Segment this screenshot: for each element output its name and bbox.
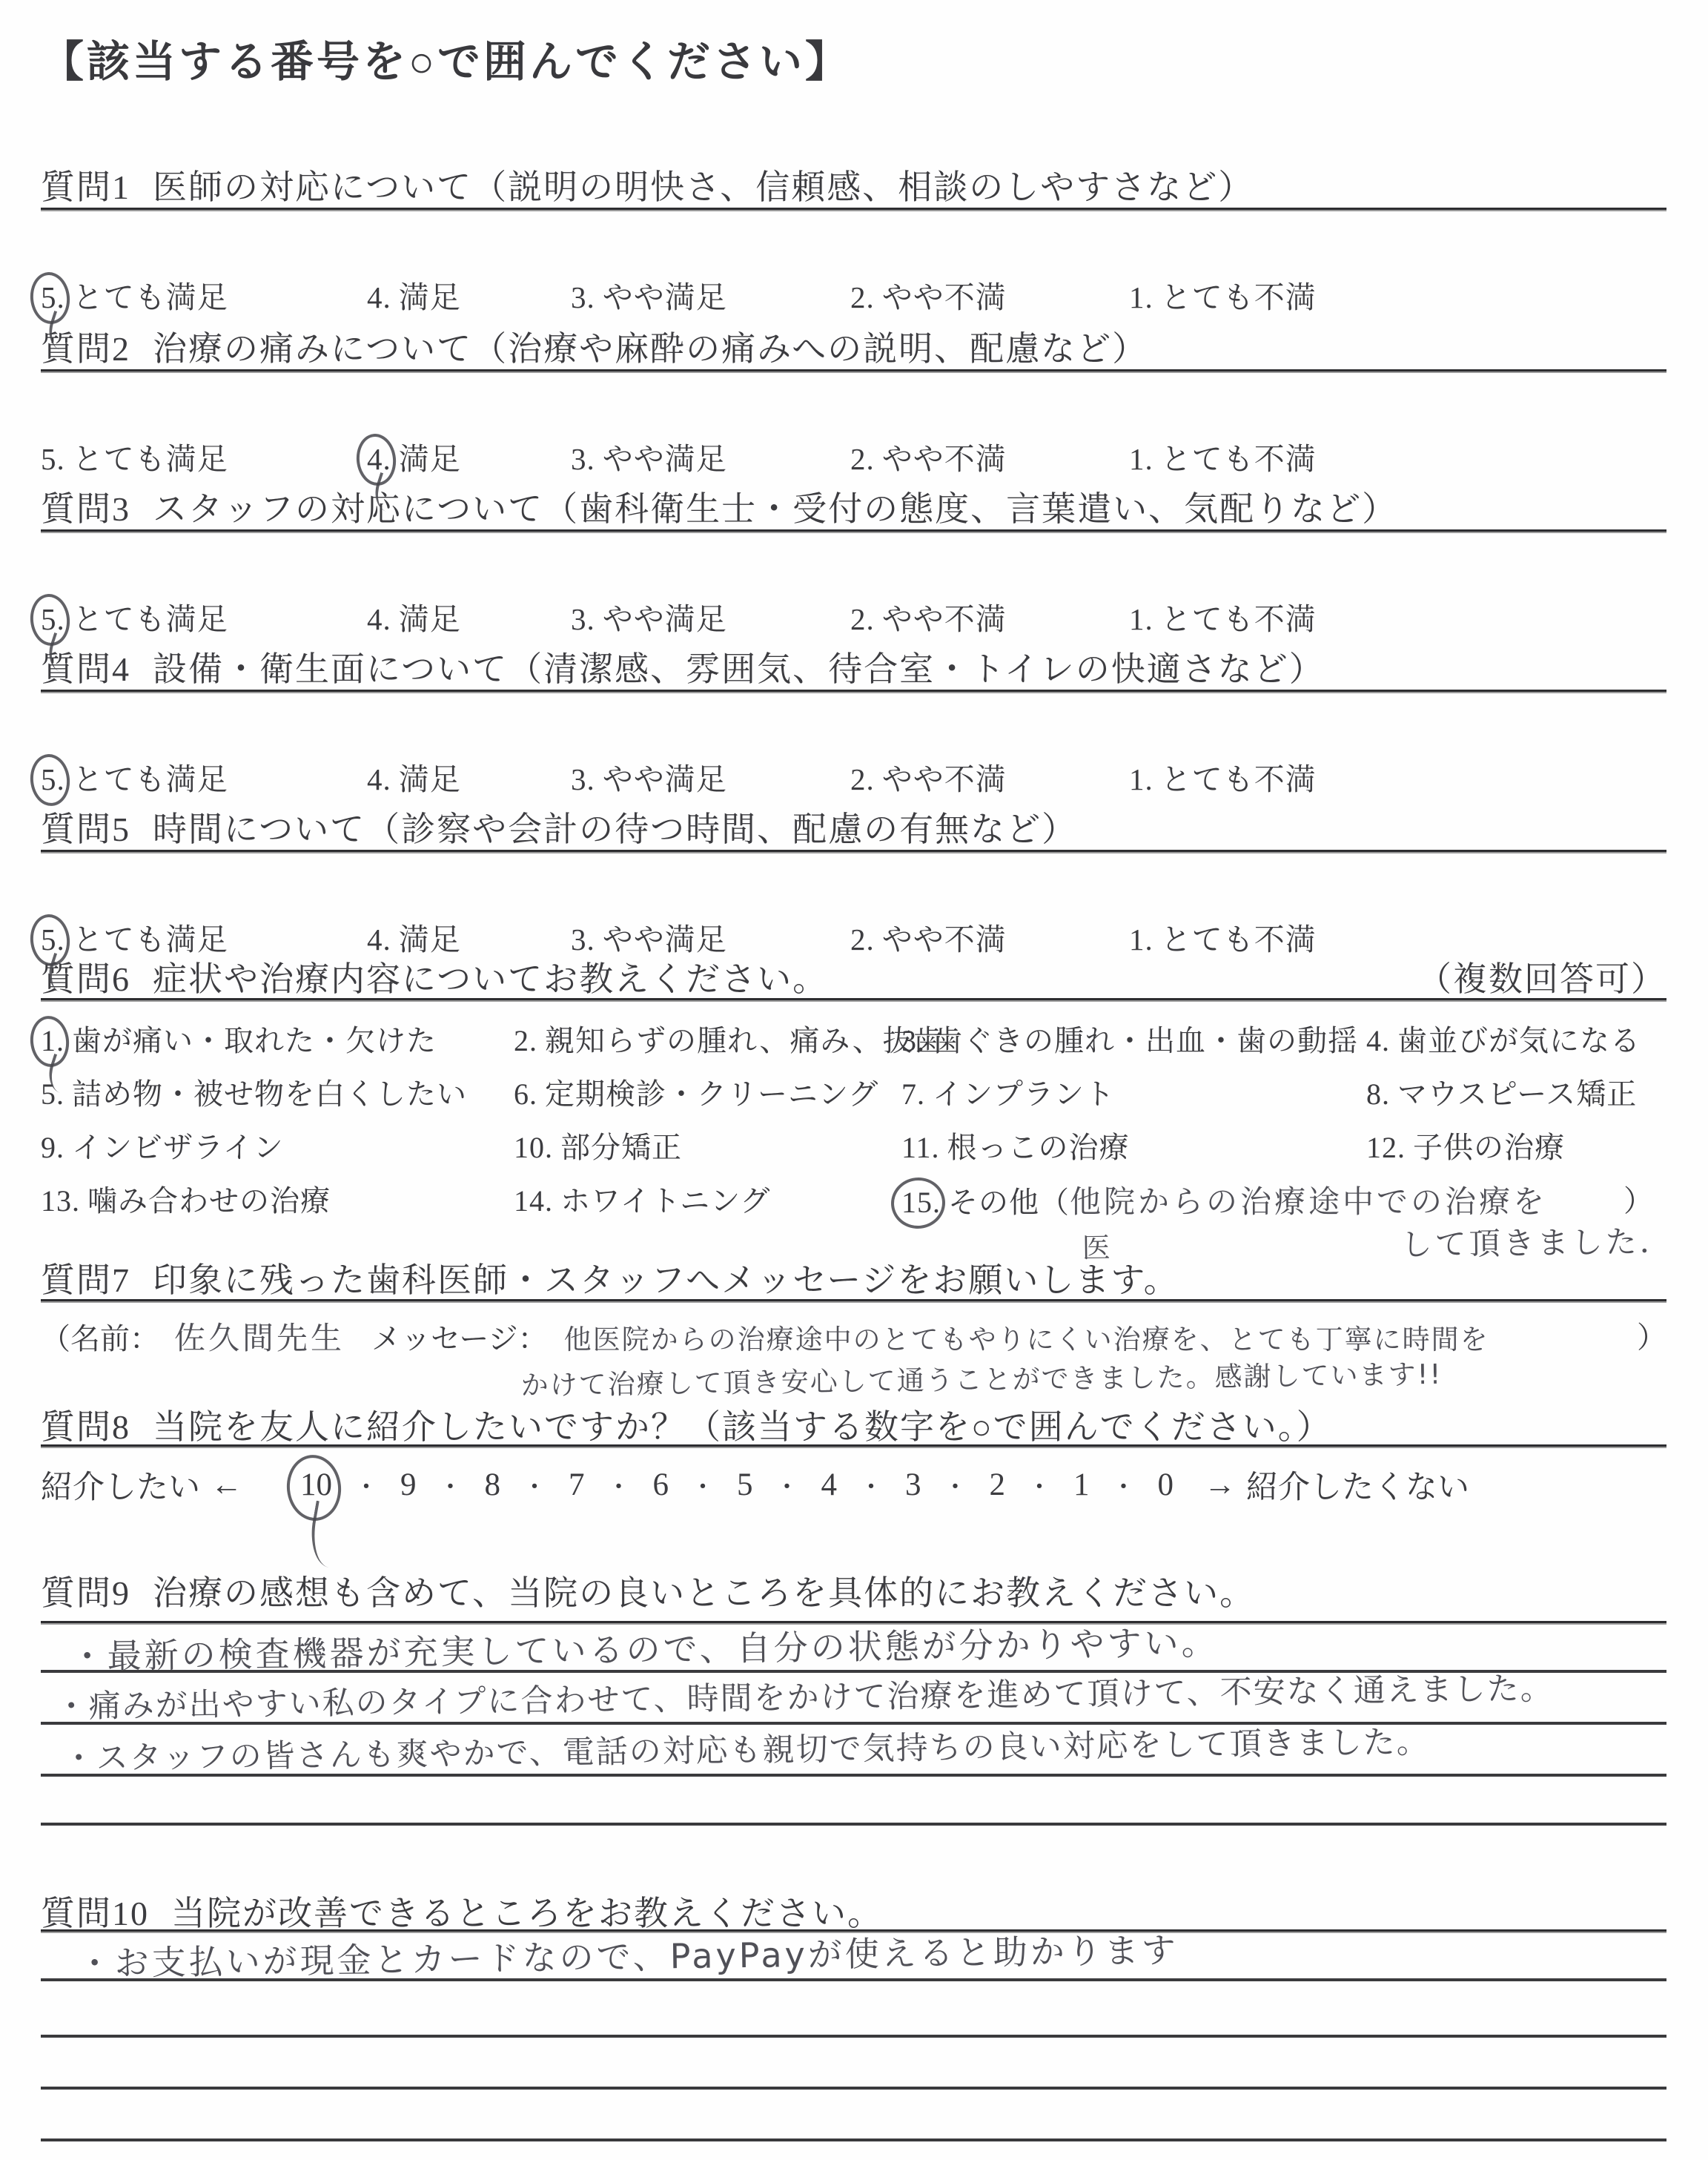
item-number: 9. xyxy=(41,1131,64,1164)
doctor-name-handwriting: 佐久間先生 xyxy=(174,1320,345,1356)
question-block-3: 質問3スタッフの対応について（歯科衛生士・受付の態度、言葉遣い、気配りなど） 5… xyxy=(41,482,1669,583)
item-number: 7. xyxy=(901,1077,925,1111)
scale-left-label: 紹介したい xyxy=(41,1462,200,1507)
answer-line: ・スタッフの皆さんも爽やかで、電話の対応も親切で気持ちの良い対応をして頂きました… xyxy=(41,1734,1666,1777)
question-block-2: 質問2治療の痛みについて（治療や麻酔の痛みへの説明、配慮など） 5.とても満足 … xyxy=(41,322,1669,423)
option-number: 3. xyxy=(571,442,595,476)
answer-line: ・お支払いが現金とカードなので、PayPayが使えると助かります xyxy=(41,1937,1666,1981)
question-block-8: 質問8当院を友人に紹介したいですか？（該当する数字を○で囲んでください。） 紹介… xyxy=(41,1400,1669,1449)
option-number: 2. xyxy=(850,602,875,636)
symptom-label: 噛み合わせの治療 xyxy=(87,1184,331,1218)
option-label: とても不満 xyxy=(1161,280,1317,314)
question-8-title: 当院を友人に紹介したいですか？（該当する数字を○で囲んでください。） xyxy=(153,1408,1332,1446)
question-1-heading: 質問1医師の対応について（説明の明快さ、信頼感、相談のしやすさなど） xyxy=(41,160,1669,209)
question-6-heading: 質問6症状や治療内容についてお教えください。 （複数回答可） xyxy=(41,952,1666,1001)
circled-answer: 5. xyxy=(41,762,65,797)
question-5-title: 時間について（診察や会計の待つ時間、配慮の有無など） xyxy=(153,810,1077,848)
question-block-7: 質問7印象に残った歯科医師・スタッフへメッセージをお願いします。 （名前： 佐久… xyxy=(41,1253,1669,1302)
question-4-heading: 質問4設備・衛生面について（清潔感、雰囲気、待合室・トイレの快適さなど） xyxy=(41,642,1669,691)
question-3-title: スタッフの対応について（歯科衛生士・受付の態度、言葉遣い、気配りなど） xyxy=(153,490,1397,528)
header-rule xyxy=(41,850,1666,853)
option-label: やや不満 xyxy=(882,602,1007,636)
scale-number: 1 xyxy=(1073,1467,1090,1503)
header-rule xyxy=(41,998,1666,1002)
option-number: 4. xyxy=(367,280,391,314)
scale-separator: ・ xyxy=(522,1467,547,1503)
question-2-options: 5.とても満足 4.満足 3.やや満足 2.やや不満 1.とても不満 xyxy=(41,435,1669,486)
question-9-title: 治療の感想も含めて、当院の良いところを具体的にお教えください。 xyxy=(153,1574,1255,1612)
symptom-label: 子供の治療 xyxy=(1413,1131,1565,1164)
header-rule xyxy=(41,690,1666,693)
symptom-label: 歯並びが気になる xyxy=(1397,1024,1641,1057)
scale-separator: ・ xyxy=(690,1467,715,1503)
multi-answer-note: （複数回答可） xyxy=(1417,952,1666,1001)
scale-separator: ・ xyxy=(606,1467,632,1503)
option-number: 3. xyxy=(571,602,595,636)
option-label: とても満足 xyxy=(73,442,228,476)
scale-right-label: 紹介したくない xyxy=(1246,1462,1469,1507)
circled-answer: 15. xyxy=(901,1185,941,1220)
scale-separator: ・ xyxy=(354,1467,379,1503)
symptom-label: 定期検診・クリーニング xyxy=(545,1077,878,1111)
option-number: 5. xyxy=(41,442,65,476)
option-label: とても不満 xyxy=(1161,602,1317,636)
item-number: 4. xyxy=(1366,1024,1390,1057)
option-number: 1. xyxy=(1129,280,1153,314)
option-label: 満足 xyxy=(399,762,461,796)
page-title: 【該当する番号を○で囲んでください】 xyxy=(41,27,851,89)
option-number: 4. xyxy=(367,762,391,796)
header-rule xyxy=(41,369,1666,373)
left-arrow-icon: ← xyxy=(211,1467,242,1503)
scale-separator: ・ xyxy=(1111,1467,1136,1503)
question-5-heading: 質問5時間について（診察や会計の待つ時間、配慮の有無など） xyxy=(41,802,1669,851)
option-label: 満足 xyxy=(399,442,461,476)
question-4-options: 5.とても満足 4.満足 3.やや満足 2.やや不満 1.とても不満 xyxy=(41,755,1669,807)
question-2-title: 治療の痛みについて（治療や麻酔の痛みへの説明、配慮など） xyxy=(153,330,1148,368)
symptom-label: 歯ぐきの腫れ・出血・歯の動揺 xyxy=(933,1024,1358,1057)
item-number: 10. xyxy=(514,1131,553,1164)
option-number: 3. xyxy=(571,280,595,314)
option-label: やや不満 xyxy=(882,442,1007,476)
scale-number: 9 xyxy=(400,1467,417,1503)
option-number: 2. xyxy=(850,762,875,796)
option-label: やや満足 xyxy=(603,280,727,314)
circled-answer: 5. xyxy=(41,922,65,957)
scale-number: 5 xyxy=(737,1467,753,1503)
option-label: やや満足 xyxy=(603,602,727,636)
name-field-label: （名前： xyxy=(41,1322,159,1355)
blank-answer-line xyxy=(41,2087,1666,2090)
right-arrow-icon: → xyxy=(1204,1467,1236,1503)
item-number: 3. xyxy=(901,1024,925,1057)
item-number: 13. xyxy=(41,1184,80,1218)
circled-answer: 1. xyxy=(41,1023,64,1058)
option-label: やや満足 xyxy=(603,442,727,476)
scale-separator: ・ xyxy=(858,1467,884,1503)
question-3-options: 5.とても満足 4.満足 3.やや満足 2.やや不満 1.とても不満 xyxy=(41,595,1669,647)
question-4-title: 設備・衛生面について（清潔感、雰囲気、待合室・トイレの快適さなど） xyxy=(153,650,1325,688)
circled-answer: 4. xyxy=(367,441,391,477)
paren-open: （ xyxy=(1039,1186,1070,1219)
symptom-label: 詰め物・被せ物を白くしたい xyxy=(72,1077,467,1111)
item-number: 8. xyxy=(1366,1077,1390,1111)
option-label: やや不満 xyxy=(882,280,1007,314)
symptom-label: ホワイトニング xyxy=(560,1184,770,1218)
question-1-options: 5.とても満足 4.満足 3.やや満足 2.やや不満 1.とても不満 xyxy=(41,273,1669,325)
scale-number: 7 xyxy=(569,1467,585,1503)
header-rule xyxy=(41,1299,1666,1303)
question-10-number: 質問10 xyxy=(41,1895,149,1932)
question-block-1: 質問1医師の対応について（説明の明快さ、信頼感、相談のしやすさなど） 5.とても… xyxy=(41,160,1669,261)
option-label: とても満足 xyxy=(73,602,228,636)
q9-handwriting-line3: ・スタッフの皆さんも爽やかで、電話の対応も親切で気持ちの良い対応をして頂きました… xyxy=(62,1717,1430,1779)
option-label: とても不満 xyxy=(1161,762,1317,796)
paren-close: ） xyxy=(1623,1178,1653,1220)
item-number: 2. xyxy=(514,1024,537,1057)
scale-separator: ・ xyxy=(1027,1467,1052,1503)
scale-separator: ・ xyxy=(438,1467,463,1503)
question-6-title: 症状や治療内容についてお教えください。 xyxy=(153,960,828,998)
question-9-heading: 質問9治療の感想も含めて、当院の良いところを具体的にお教えください。 xyxy=(41,1566,1669,1615)
recommend-scale: 紹介したい ← 10 ・ 9 ・ 8 ・ 7 ・ 6 ・ 5 ・ 4 ・ 3 ・… xyxy=(41,1462,1469,1507)
symptom-label: 部分矯正 xyxy=(560,1131,682,1164)
scale-number: 0 xyxy=(1158,1467,1174,1503)
item-number: 11. xyxy=(901,1131,940,1164)
item-number: 12. xyxy=(1366,1131,1406,1164)
symptom-label: マウスピース矯正 xyxy=(1397,1077,1637,1111)
symptom-label: 根っこの治療 xyxy=(947,1131,1130,1164)
scale-number: 4 xyxy=(821,1467,838,1503)
message-handwriting-line2: かけて治療して頂き安心して通うことができました。感謝しています!! xyxy=(520,1352,1442,1403)
option-number: 1. xyxy=(1129,602,1153,636)
symptom-label: インビザライン xyxy=(72,1131,284,1164)
paren-close: ） xyxy=(1637,1314,1666,1356)
question-3-heading: 質問3スタッフの対応について（歯科衛生士・受付の態度、言葉遣い、気配りなど） xyxy=(41,482,1669,531)
item-number: 6. xyxy=(514,1077,537,1111)
option-label: とても満足 xyxy=(73,762,228,796)
option-number: 3. xyxy=(571,762,595,796)
circled-answer: 10 xyxy=(300,1467,332,1503)
scale-number: 8 xyxy=(485,1467,501,1503)
message-field-label: メッセージ： xyxy=(371,1322,548,1355)
option-label: とても不満 xyxy=(1161,442,1317,476)
question-3-number: 質問3 xyxy=(41,490,130,528)
question-1-title: 医師の対応について（説明の明快さ、信頼感、相談のしやすさなど） xyxy=(153,168,1254,206)
blank-answer-line xyxy=(41,2138,1666,2141)
option-label: 満足 xyxy=(399,602,461,636)
question-block-4: 質問4設備・衛生面について（清潔感、雰囲気、待合室・トイレの快適さなど） 5.と… xyxy=(41,642,1669,743)
option-label: やや不満 xyxy=(882,762,1007,796)
question-block-6: 質問6症状や治療内容についてお教えください。 （複数回答可） 1.歯が痛い・取れ… xyxy=(41,952,1669,1001)
question-block-9: 質問9治療の感想も含めて、当院の良いところを具体的にお教えください。 xyxy=(41,1566,1669,1615)
symptom-label: 親知らずの腫れ、痛み、抜歯 xyxy=(545,1024,944,1057)
question-9-number: 質問9 xyxy=(41,1574,130,1612)
option-label: やや満足 xyxy=(603,762,727,796)
question-7-number: 質問7 xyxy=(41,1261,130,1299)
scale-separator: ・ xyxy=(943,1467,968,1503)
question-8-heading: 質問8当院を友人に紹介したいですか？（該当する数字を○で囲んでください。） xyxy=(41,1400,1669,1449)
question-block-5: 質問5時間について（診察や会計の待つ時間、配慮の有無など） 5.とても満足 4.… xyxy=(41,802,1669,903)
header-rule xyxy=(41,1444,1666,1448)
other-handwriting-line1: 他院からの治療途中での治療を xyxy=(1070,1183,1547,1220)
header-rule xyxy=(41,529,1666,533)
blank-answer-line xyxy=(41,2035,1666,2038)
option-number: 2. xyxy=(850,280,875,314)
option-label: とても満足 xyxy=(73,280,228,314)
message-handwriting-line1: 他医院からの治療途中のとてもやりにくい治療を、とても丁寧に時間を xyxy=(564,1324,1489,1355)
circled-answer: 5. xyxy=(41,280,65,315)
symptom-label: 歯が痛い・取れた・欠けた xyxy=(72,1024,437,1057)
question-10-title: 当院が改善できるところをお教えください。 xyxy=(171,1895,883,1932)
option-number: 4. xyxy=(367,602,391,636)
question-1-number: 質問1 xyxy=(41,168,130,206)
scale-separator: ・ xyxy=(775,1467,800,1503)
question-2-heading: 質問2治療の痛みについて（治療や麻酔の痛みへの説明、配慮など） xyxy=(41,322,1669,371)
option-number: 1. xyxy=(1129,762,1153,796)
item-number: 14. xyxy=(514,1184,553,1218)
option-number: 1. xyxy=(1129,442,1153,476)
question-7-heading: 質問7印象に残った歯科医師・スタッフへメッセージをお願いします。 xyxy=(41,1253,1669,1302)
question-7-title: 印象に残った歯科医師・スタッフへメッセージをお願いします。 xyxy=(153,1261,1179,1299)
option-label: 満足 xyxy=(399,280,461,314)
survey-scan-page: 【該当する番号を○で囲んでください】 質問1医師の対応について（説明の明快さ、信… xyxy=(0,0,1708,2160)
blank-answer-line xyxy=(41,1823,1666,1826)
scale-number: 3 xyxy=(905,1467,921,1503)
circled-answer: 5. xyxy=(41,601,65,637)
scale-number: 2 xyxy=(990,1467,1006,1503)
option-number: 2. xyxy=(850,442,875,476)
scale-number: 6 xyxy=(653,1467,669,1503)
question-8-number: 質問8 xyxy=(41,1408,130,1446)
question-5-number: 質問5 xyxy=(41,810,130,848)
symptom-label: その他 xyxy=(948,1186,1039,1219)
header-rule xyxy=(41,208,1666,211)
symptom-label: インプラント xyxy=(933,1077,1115,1111)
